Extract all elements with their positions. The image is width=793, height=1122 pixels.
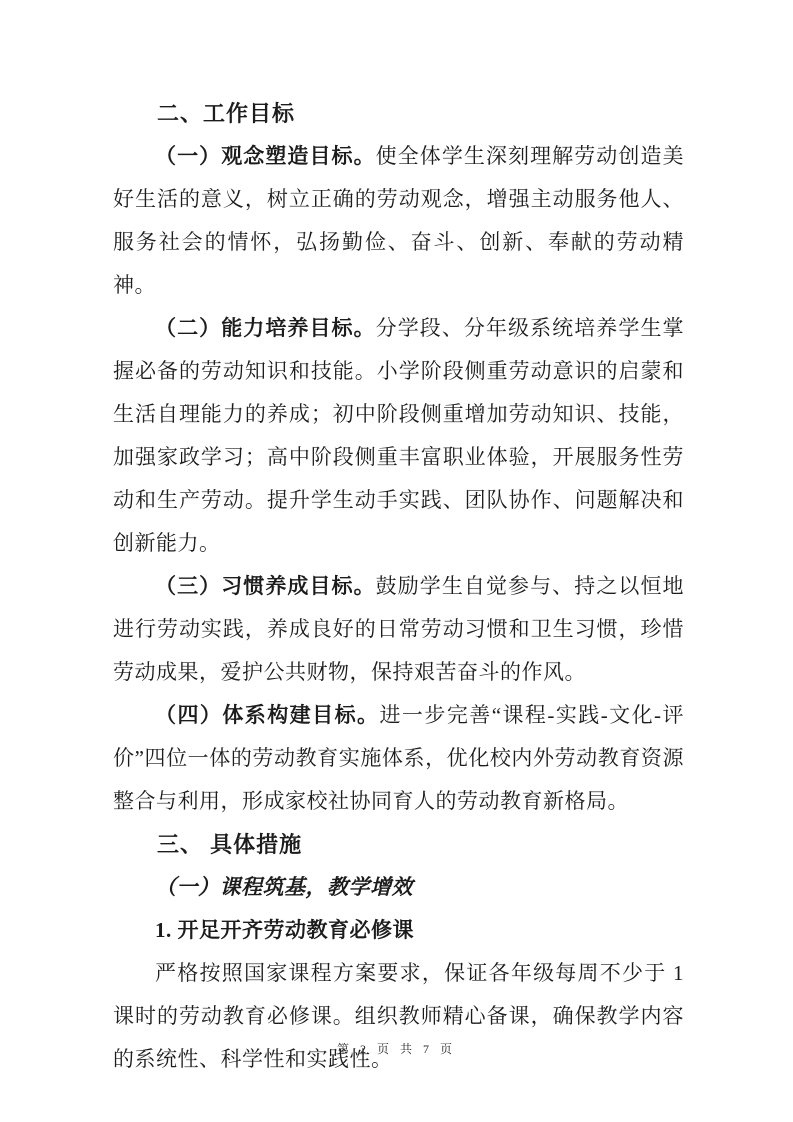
goal-habit-lead: （三）习惯养成目标。 [155, 574, 376, 598]
page-number-footer: 第 2 页 共 7 页 [0, 1040, 793, 1057]
goal-concept-lead: （一）观念塑造目标。 [155, 144, 376, 168]
document-page: 二、工作目标 （一）观念塑造目标。使全体学生深刻理解劳动创造美好生活的意义，树立… [0, 0, 793, 1122]
heading-work-goals: 二、工作目标 [113, 92, 684, 135]
goal-ability-lead: （二）能力培养目标。 [155, 316, 376, 340]
paragraph-goal-habit: （三）习惯养成目标。鼓励学生自觉参与、持之以恒地进行劳动实践，养成良好的日常劳动… [113, 565, 684, 694]
item-required-course-title: 1. 开足开齐劳动教育必修课 [113, 909, 684, 952]
goal-ability-body: 分学段、分年级系统培养学生掌握必备的劳动知识和技能。小学阶段侧重劳动意识的启蒙和… [113, 316, 684, 555]
paragraph-required-course-body: 严格按照国家课程方案要求，保证各年级每周不少于 1 课时的劳动教育必修课。组织教… [113, 952, 684, 1081]
paragraph-goal-ability: （二）能力培养目标。分学段、分年级系统培养学生掌握必备的劳动知识和技能。小学阶段… [113, 307, 684, 565]
sub-heading-course-foundation: （一）课程筑基，教学增效 [113, 866, 684, 909]
paragraph-goal-concept: （一）观念塑造目标。使全体学生深刻理解劳动创造美好生活的意义，树立正确的劳动观念… [113, 135, 684, 307]
document-body: 二、工作目标 （一）观念塑造目标。使全体学生深刻理解劳动创造美好生活的意义，树立… [113, 92, 684, 1081]
heading-measures: 三、 具体措施 [113, 823, 684, 866]
goal-system-lead: （四）体系构建目标。 [155, 703, 379, 727]
paragraph-goal-system: （四）体系构建目标。进一步完善“课程-实践-文化-评价”四位一体的劳动教育实施体… [113, 694, 684, 823]
